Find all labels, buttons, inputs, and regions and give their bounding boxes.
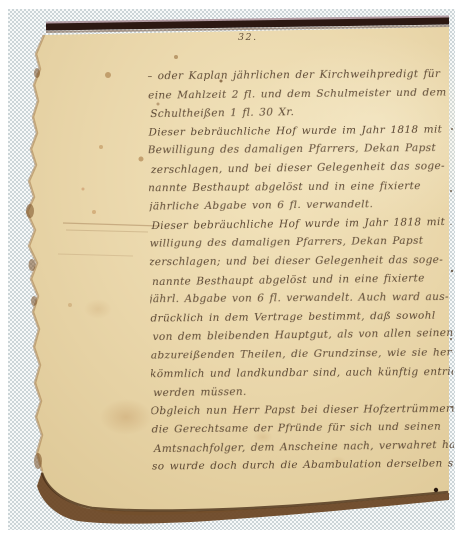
- manuscript-line: nannte Besthaupt abgelöst und in eine fi…: [148, 176, 450, 197]
- scanned-manuscript-photo: 32. – oder Kaplan jährlichen der Kirchwe…: [0, 0, 462, 539]
- manuscript-line: jährl. Abgabe von 6 fl. verwandelt. Auch…: [149, 288, 451, 309]
- manuscript-line: so wurde doch durch die Abambulation der…: [152, 455, 454, 477]
- manuscript-line: – oder Kaplan jährlichen der Kirchweihpr…: [148, 65, 449, 86]
- page-number: 32.: [238, 32, 278, 43]
- handwriting-block: – oder Kaplan jährlichen der Kirchweihpr…: [148, 64, 454, 481]
- manuscript-line: Obgleich nun Herr Papst bei dieser Hofze…: [150, 400, 452, 421]
- manuscript-line: Dieser bebräuchliche Hof wurde im Jahr 1…: [151, 213, 453, 236]
- scan-background: 32. – oder Kaplan jährlichen der Kirchwe…: [8, 9, 455, 530]
- manuscript-line: abzureißenden Theilen, die Grundzinse, w…: [151, 343, 453, 365]
